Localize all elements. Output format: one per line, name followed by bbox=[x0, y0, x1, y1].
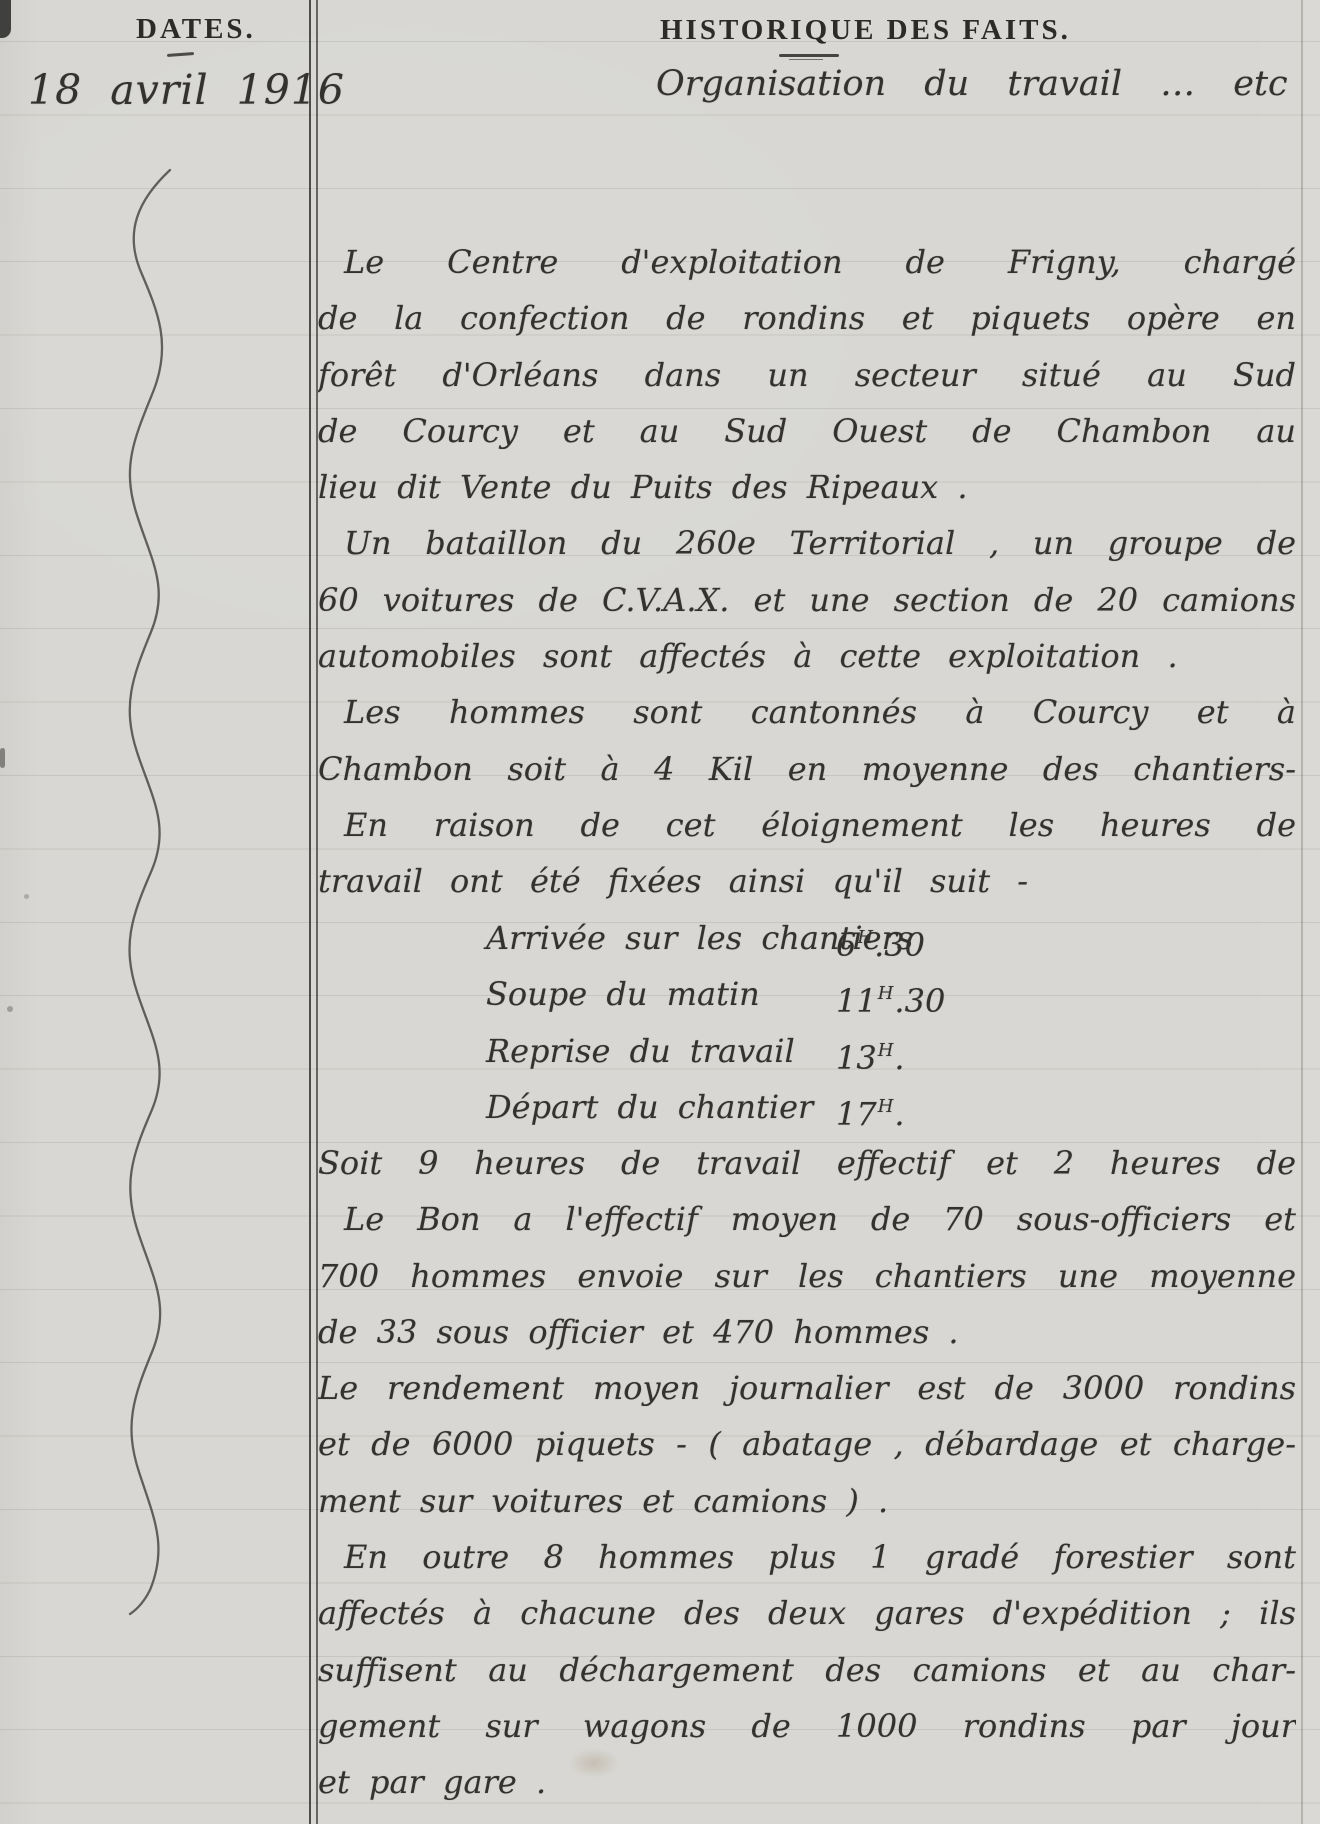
manuscript-line: de Courcy et au Sud Ouest de Chambon au bbox=[318, 403, 1296, 459]
manuscript-paragraphs-top: Le Centre d'exploitation de Frigny, char… bbox=[318, 234, 1296, 910]
hour-superscript: H bbox=[878, 983, 894, 1004]
manuscript-line: Le rendement moyen journalier est de 300… bbox=[318, 1360, 1296, 1416]
manuscript-line: forêt d'Orléans dans un secteur situé au… bbox=[318, 347, 1296, 403]
scan-speck bbox=[24, 894, 29, 899]
scan-artifact-corner bbox=[0, 0, 11, 38]
schedule-time: 11H.30 bbox=[836, 966, 945, 1029]
manuscript-line: suffisent au déchargement des camions et… bbox=[318, 1642, 1296, 1698]
manuscript-paragraphs-bottom: Soit 9 heures de travail effectif et 2 h… bbox=[318, 1135, 1296, 1811]
manuscript-line: affectés à chacune des deux gares d'expé… bbox=[318, 1585, 1296, 1641]
manuscript-line: travail ont été fixées ainsi qu'il suit … bbox=[318, 853, 1296, 909]
schedule-label: Reprise du travail bbox=[486, 1032, 795, 1070]
schedule-line: Soupe du matin 11H.30 bbox=[318, 966, 1296, 1022]
manuscript-line: lieu dit Vente du Puits des Ripeaux . bbox=[318, 459, 1296, 515]
manuscript-line: En outre 8 hommes plus 1 gradé forestier… bbox=[318, 1529, 1296, 1585]
entry-title: Organisation du travail … etc - bbox=[656, 56, 1320, 112]
manuscript-line: Un bataillon du 260e Territorial , un gr… bbox=[318, 515, 1296, 571]
manuscript-line: gement sur wagons de 1000 rondins par jo… bbox=[318, 1698, 1296, 1754]
right-margin-line bbox=[1301, 0, 1303, 1824]
manuscript-line: Les hommes sont cantonnés à Courcy et à bbox=[318, 684, 1296, 740]
manuscript-line: 60 voitures de C.V.A.X. et une section d… bbox=[318, 572, 1296, 628]
schedule-label: Départ du chantier bbox=[486, 1088, 813, 1126]
schedule-line: Reprise du travail 13H. bbox=[318, 1023, 1296, 1079]
manuscript-line: de la confection de rondins et piquets o… bbox=[318, 290, 1296, 346]
manuscript-line: Le Bon a l'effectif moyen de 70 sous-off… bbox=[318, 1191, 1296, 1247]
schedule-time: 13H. bbox=[836, 1023, 905, 1086]
journal-page: DATES. 18 avril 1916 HISTORIQUE DES FAIT… bbox=[0, 0, 1320, 1824]
manuscript-line: de 33 sous officier et 470 hommes . bbox=[318, 1304, 1296, 1360]
schedule-time: 6H.30 bbox=[836, 910, 925, 973]
manuscript-line: 700 hommes envoie sur les chantiers une … bbox=[318, 1248, 1296, 1304]
manuscript-line: ment sur voitures et camions ) . bbox=[318, 1473, 1296, 1529]
manuscript-line: automobiles sont affectés à cette exploi… bbox=[318, 628, 1296, 684]
hour-superscript: H bbox=[857, 927, 873, 948]
manuscript-line: et de 6000 piquets - ( abatage , débarda… bbox=[318, 1416, 1296, 1472]
manuscript-line: Chambon soit à 4 Kil en moyenne des chan… bbox=[318, 741, 1296, 797]
date-entry: 18 avril 1916 bbox=[28, 60, 298, 120]
manuscript-line: Soit 9 heures de travail effectif et 2 h… bbox=[318, 1135, 1296, 1191]
schedule-time: 17H. bbox=[836, 1079, 905, 1142]
scan-speck bbox=[7, 1006, 13, 1012]
dates-header: DATES. bbox=[136, 13, 256, 46]
manuscript-line: Le Centre d'exploitation de Frigny, char… bbox=[318, 234, 1296, 290]
schedule-label: Soupe du matin bbox=[486, 975, 760, 1013]
historique-column: Organisation du travail … etc - Le Centr… bbox=[318, 0, 1298, 1824]
manuscript-line: En raison de cet éloignement les heures … bbox=[318, 797, 1296, 853]
schedule-line: Arrivée sur les chantiers 6H.30 bbox=[318, 910, 1296, 966]
scan-speck bbox=[0, 748, 5, 768]
hour-superscript: H bbox=[878, 1040, 894, 1061]
column-divider-line bbox=[309, 0, 311, 1824]
hour-superscript: H bbox=[878, 1096, 894, 1117]
manuscript-line: et par gare . bbox=[318, 1754, 1296, 1810]
schedule-line: Départ du chantier 17H. bbox=[318, 1079, 1296, 1135]
work-schedule: Arrivée sur les chantiers 6H.30 Soupe du… bbox=[318, 910, 1296, 1135]
